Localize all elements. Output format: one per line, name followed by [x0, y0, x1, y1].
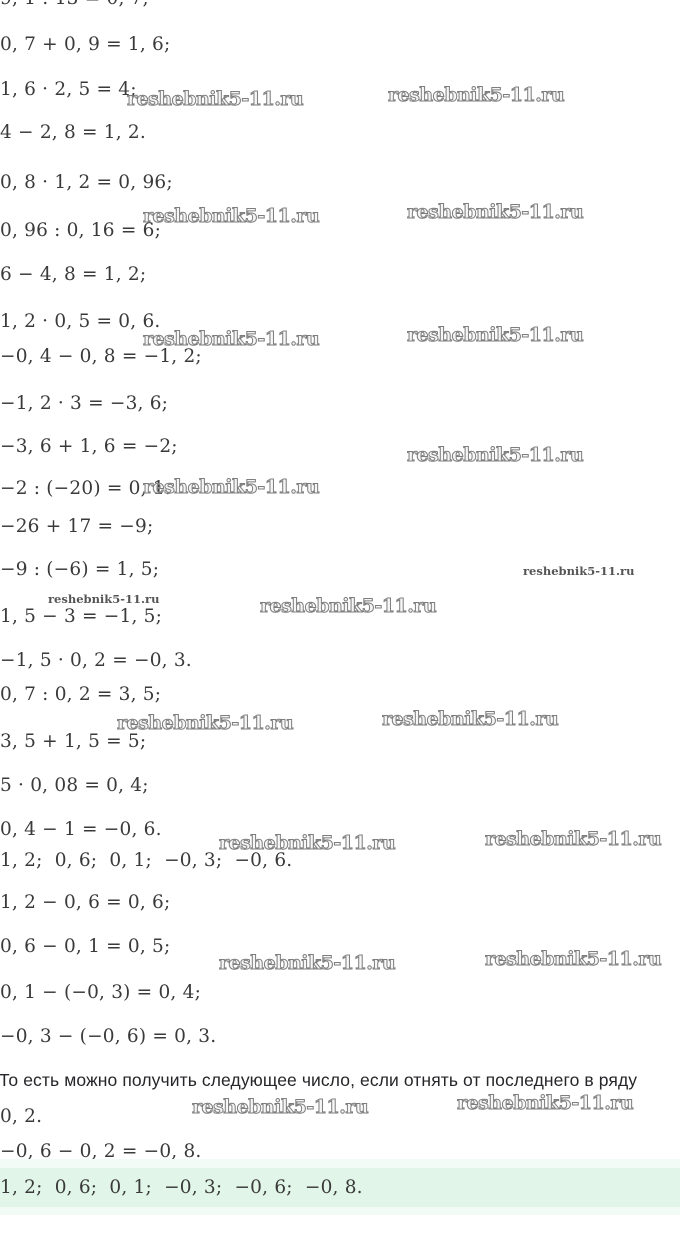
watermark: reshebnik5-11.ru — [143, 205, 319, 227]
watermark-small: reshebnik5-11.ru — [48, 592, 159, 606]
math-line: 4 − 2, 8 = 1, 2. — [0, 122, 146, 144]
math-line: 1, 6 · 2, 5 = 4; — [0, 79, 137, 101]
math-line: 0, 7 + 0, 9 = 1, 6; — [0, 34, 170, 56]
math-line: 0, 96 : 0, 16 = 6; — [0, 220, 161, 242]
watermark: reshebnik5-11.ru — [143, 328, 319, 350]
math-line: 1, 2 − 0, 6 = 0, 6; — [0, 892, 170, 914]
math-line: −1, 2 · 3 = −3, 6; — [0, 393, 168, 415]
solution-page: 9, 1 : 13 = 0, 7; 0, 7 + 0, 9 = 1, 6; 1,… — [0, 0, 680, 1239]
watermark: reshebnik5-11.ru — [485, 948, 661, 970]
watermark: reshebnik5-11.ru — [407, 324, 583, 346]
watermark: reshebnik5-11.ru — [192, 1096, 368, 1118]
math-line: −3, 6 + 1, 6 = −2; — [0, 436, 178, 458]
math-line: 1, 2 · 0, 5 = 0, 6. — [0, 311, 161, 333]
math-line: 0, 7 : 0, 2 = 3, 5; — [0, 684, 161, 706]
watermark: reshebnik5-11.ru — [407, 444, 583, 466]
watermark: reshebnik5-11.ru — [388, 84, 564, 106]
watermark: reshebnik5-11.ru — [219, 952, 395, 974]
watermark: reshebnik5-11.ru — [382, 708, 558, 730]
watermark: reshebnik5-11.ru — [117, 712, 293, 734]
watermark: reshebnik5-11.ru — [127, 88, 303, 110]
math-line: 0, 4 − 1 = −0, 6. — [0, 819, 162, 841]
math-line: 0, 6 − 0, 1 = 0, 5; — [0, 936, 170, 958]
math-line: 5 · 0, 08 = 0, 4; — [0, 775, 149, 797]
watermark: reshebnik5-11.ru — [219, 832, 395, 854]
watermark: reshebnik5-11.ru — [457, 1092, 633, 1114]
math-line: −26 + 17 = −9; — [0, 516, 153, 538]
math-line: 9, 1 : 13 = 0, 7; — [0, 0, 149, 10]
watermark: reshebnik5-11.ru — [260, 595, 436, 617]
math-line: 0, 2. — [0, 1106, 42, 1128]
math-line: −1, 5 · 0, 2 = −0, 3. — [0, 650, 192, 672]
answer-sequence: 1, 2; 0, 6; 0, 1; −0, 3; −0, 6; −0, 8. — [0, 1177, 363, 1198]
math-line: 1, 5 − 3 = −1, 5; — [0, 606, 162, 628]
math-line: 0, 8 · 1, 2 = 0, 96; — [0, 172, 173, 194]
answer-row: 1, 2; 0, 6; 0, 1; −0, 3; −0, 6; −0, 8. — [0, 1168, 680, 1207]
watermark: reshebnik5-11.ru — [485, 828, 661, 850]
watermark-small: reshebnik5-11.ru — [523, 564, 634, 578]
math-line: 3, 5 + 1, 5 = 5; — [0, 731, 146, 753]
math-line: 0, 1 − (−0, 3) = 0, 4; — [0, 982, 201, 1004]
math-line: −9 : (−6) = 1, 5; — [0, 559, 159, 581]
math-line: −0, 3 − (−0, 6) = 0, 3. — [0, 1026, 216, 1048]
explanation-text: То есть можно получить следующее число, … — [0, 1069, 637, 1091]
watermark: reshebnik5-11.ru — [143, 476, 319, 498]
watermark: reshebnik5-11.ru — [407, 201, 583, 223]
math-line: 6 − 4, 8 = 1, 2; — [0, 264, 146, 286]
